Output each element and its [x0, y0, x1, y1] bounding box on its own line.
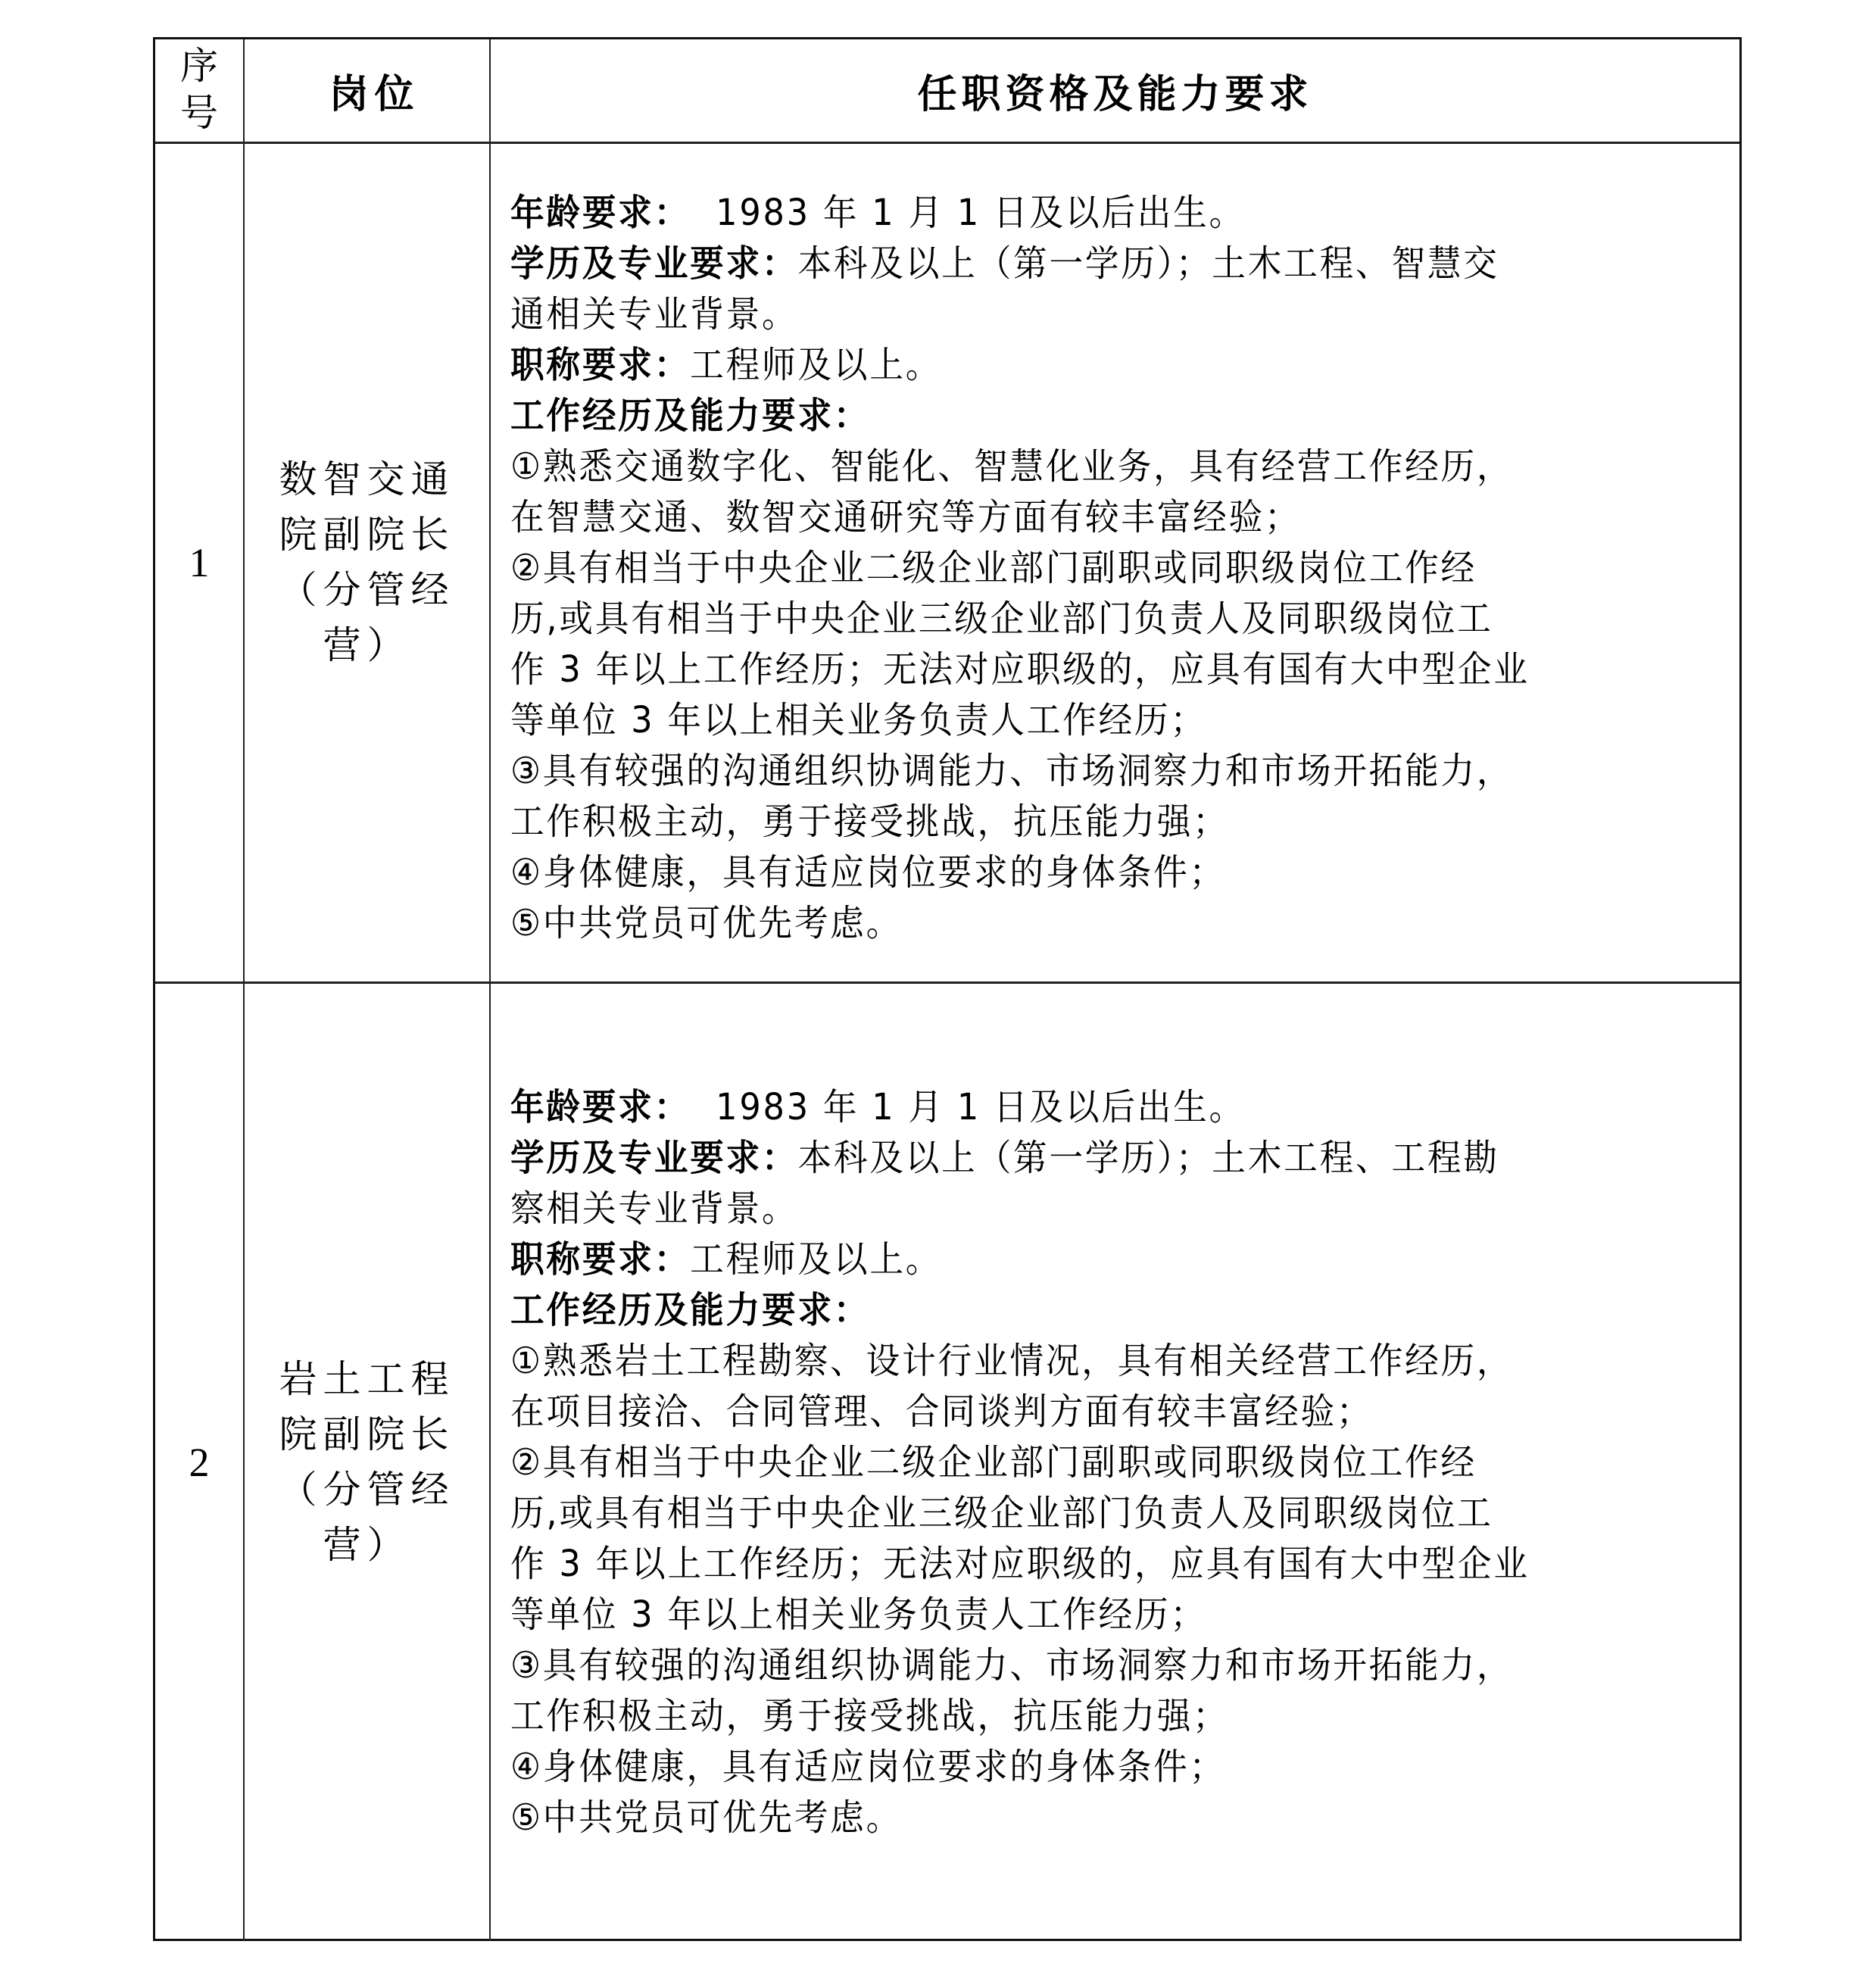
requirement-text: 本科及以上（第一学历）；土木工程、工程勘	[797, 1137, 1499, 1179]
requirement-label: 工作经历及能力要求：	[510, 395, 869, 437]
requirement-line: ④身体健康，具有适应岗位要求的身体条件；	[510, 1742, 1639, 1793]
seq-number: 2	[155, 1439, 243, 1486]
position-title: 岩土工程 院副院长 （分管经 营）	[245, 1352, 489, 1573]
requirement-text: ④身体健康，具有适应岗位要求的身体条件；	[510, 851, 1225, 894]
requirements-cell: 年龄要求： 1983 年 1 月 1 日及以后出生。学历及专业要求：本科及以上（…	[491, 984, 1739, 1941]
requirement-label: 工作经历及能力要求：	[510, 1289, 869, 1331]
requirement-text: ②具有相当于中央企业二级企业部门副职或同职级岗位工作经	[510, 1441, 1477, 1484]
requirement-line: ⑤中共党员可优先考虑。	[510, 1793, 1639, 1843]
header-cell-requirements: 任职资格及能力要求	[491, 39, 1739, 142]
position-cell: 数智交通 院副院长 （分管经 营）	[245, 144, 491, 982]
requirement-line: 作 3 年以上工作经历；无法对应职级的，应具有国有大中型企业	[510, 1539, 1639, 1590]
requirement-line: 职称要求：工程师及以上。	[510, 340, 1639, 391]
requirement-line: ⑤中共党员可优先考虑。	[510, 898, 1639, 949]
requirement-line: 历,或具有相当于中央企业三级企业部门负责人及同职级岗位工	[510, 1488, 1639, 1539]
requirement-text: 工作积极主动，勇于接受挑战，抗压能力强；	[510, 801, 1229, 843]
requirement-text: 在项目接洽、合同管理、合同谈判方面有较丰富经验；	[510, 1390, 1372, 1433]
requirement-line: ②具有相当于中央企业二级企业部门副职或同职级岗位工作经	[510, 543, 1639, 594]
requirement-text: ③具有较强的沟通组织协调能力、市场洞察力和市场开拓能力，	[510, 1644, 1512, 1687]
requirement-text: 等单位 3 年以上相关业务负责人工作经历；	[510, 1593, 1206, 1636]
requirement-text: 1983 年 1 月 1 日及以后出生。	[690, 192, 1245, 234]
seq-number: 1	[155, 539, 243, 586]
requirement-text: 工作积极主动，勇于接受挑战，抗压能力强；	[510, 1695, 1229, 1737]
requirement-text: ③具有较强的沟通组织协调能力、市场洞察力和市场开拓能力，	[510, 750, 1512, 792]
requirement-label: 职称要求：	[510, 1238, 690, 1281]
requirements-text: 年龄要求： 1983 年 1 月 1 日及以后出生。学历及专业要求：本科及以上（…	[510, 188, 1724, 949]
requirement-text: ④身体健康，具有适应岗位要求的身体条件；	[510, 1746, 1225, 1788]
requirement-text: 在智慧交通、数智交通研究等方面有较丰富经验；	[510, 496, 1300, 538]
requirement-text: 通相关专业背景。	[510, 293, 797, 335]
requirement-line: ①熟悉岩土工程勘察、设计行业情况，具有相关经营工作经历，	[510, 1336, 1639, 1387]
requirement-label: 年龄要求：	[510, 1086, 690, 1128]
requirement-line: ③具有较强的沟通组织协调能力、市场洞察力和市场开拓能力，	[510, 746, 1639, 797]
requirement-text: 本科及以上（第一学历）；土木工程、智慧交	[797, 242, 1499, 285]
header-cell-position: 岗位	[245, 39, 491, 142]
requirement-line: 等单位 3 年以上相关业务负责人工作经历；	[510, 1590, 1639, 1640]
requirement-text: 工程师及以上。	[690, 344, 941, 386]
table-row: 2 岩土工程 院副院长 （分管经 营） 年龄要求： 1983 年 1 月 1 日…	[155, 982, 1739, 1941]
table-header-row: 序 号 岗位 任职资格及能力要求	[155, 39, 1739, 142]
header-requirements-label: 任职资格及能力要求	[491, 39, 1739, 142]
requirement-label: 学历及专业要求：	[510, 1137, 797, 1179]
requirement-label: 年龄要求：	[510, 192, 690, 234]
requirement-line: ②具有相当于中央企业二级企业部门副职或同职级岗位工作经	[510, 1437, 1639, 1488]
requirements-text: 年龄要求： 1983 年 1 月 1 日及以后出生。学历及专业要求：本科及以上（…	[510, 1082, 1724, 1843]
requirement-line: 作 3 年以上工作经历；无法对应职级的，应具有国有大中型企业	[510, 644, 1639, 695]
requirement-text: 历,或具有相当于中央企业三级企业部门负责人及同职级岗位工	[510, 1492, 1493, 1534]
requirement-text: 作 3 年以上工作经历；无法对应职级的，应具有国有大中型企业	[510, 1543, 1530, 1585]
requirement-text: 察相关专业背景。	[510, 1187, 797, 1230]
position-cell: 岩土工程 院副院长 （分管经 营）	[245, 984, 491, 1941]
requirement-text: 历,或具有相当于中央企业三级企业部门负责人及同职级岗位工	[510, 598, 1493, 640]
requirement-line: 年龄要求： 1983 年 1 月 1 日及以后出生。	[510, 1082, 1639, 1133]
header-position-label: 岗位	[245, 39, 489, 142]
seq-cell: 2	[155, 984, 245, 1941]
requirement-line: ①熟悉交通数字化、智能化、智慧化业务，具有经营工作经历，	[510, 442, 1639, 492]
requirement-line: 工作经历及能力要求：	[510, 1285, 1639, 1336]
seq-cell: 1	[155, 144, 245, 982]
requirement-line: 在智慧交通、数智交通研究等方面有较丰富经验；	[510, 492, 1639, 543]
requirement-line: 工作积极主动，勇于接受挑战，抗压能力强；	[510, 797, 1639, 847]
requirement-line: ③具有较强的沟通组织协调能力、市场洞察力和市场开拓能力，	[510, 1640, 1639, 1691]
requirement-label: 学历及专业要求：	[510, 242, 797, 285]
requirements-cell: 年龄要求： 1983 年 1 月 1 日及以后出生。学历及专业要求：本科及以上（…	[491, 144, 1739, 982]
requirement-line: 工作经历及能力要求：	[510, 391, 1639, 442]
requirement-line: 学历及专业要求：本科及以上（第一学历）；土木工程、智慧交	[510, 239, 1639, 289]
requirement-text: 工程师及以上。	[690, 1238, 941, 1281]
requirement-text: ①熟悉交通数字化、智能化、智慧化业务，具有经营工作经历，	[510, 445, 1512, 488]
requirement-line: 年龄要求： 1983 年 1 月 1 日及以后出生。	[510, 188, 1639, 239]
header-seq-label: 序 号	[155, 42, 243, 136]
requirement-line: 在项目接洽、合同管理、合同谈判方面有较丰富经验；	[510, 1387, 1639, 1437]
requirement-text: 1983 年 1 月 1 日及以后出生。	[690, 1086, 1245, 1128]
requirement-line: 学历及专业要求：本科及以上（第一学历）；土木工程、工程勘	[510, 1133, 1639, 1184]
requirement-text: 作 3 年以上工作经历；无法对应职级的，应具有国有大中型企业	[510, 648, 1530, 691]
requirement-text: 等单位 3 年以上相关业务负责人工作经历；	[510, 699, 1206, 741]
requirement-text: ②具有相当于中央企业二级企业部门副职或同职级岗位工作经	[510, 547, 1477, 589]
requirements-table: 序 号 岗位 任职资格及能力要求 1 数智交通 院副院长 （分管经 营） 年龄要…	[153, 37, 1742, 1941]
requirement-line: 职称要求：工程师及以上。	[510, 1234, 1639, 1285]
requirement-text: ⑤中共党员可优先考虑。	[510, 1796, 902, 1839]
requirement-text: ⑤中共党员可优先考虑。	[510, 902, 902, 944]
position-title: 数智交通 院副院长 （分管经 营）	[245, 452, 489, 673]
requirement-text: ①熟悉岩土工程勘察、设计行业情况，具有相关经营工作经历，	[510, 1340, 1512, 1382]
requirement-line: 等单位 3 年以上相关业务负责人工作经历；	[510, 695, 1639, 746]
requirement-label: 职称要求：	[510, 344, 690, 386]
header-cell-seq: 序 号	[155, 39, 245, 142]
requirement-line: 工作积极主动，勇于接受挑战，抗压能力强；	[510, 1691, 1639, 1742]
table-row: 1 数智交通 院副院长 （分管经 营） 年龄要求： 1983 年 1 月 1 日…	[155, 142, 1739, 982]
requirement-line: 历,或具有相当于中央企业三级企业部门负责人及同职级岗位工	[510, 594, 1639, 644]
requirement-line: ④身体健康，具有适应岗位要求的身体条件；	[510, 847, 1639, 898]
requirement-line: 察相关专业背景。	[510, 1184, 1639, 1234]
requirement-line: 通相关专业背景。	[510, 289, 1639, 340]
